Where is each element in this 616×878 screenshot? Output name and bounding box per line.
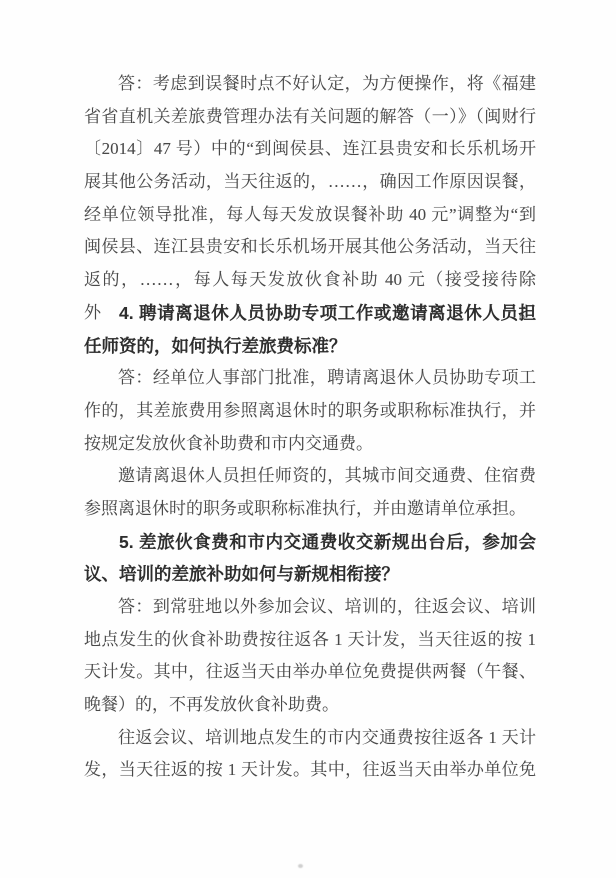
answer-line: 作的，其差旅费用参照离退休时的职务或职称标准执行，并 bbox=[84, 395, 536, 428]
answer-line: 参照离退休时的职务或职称标准执行，并由邀请单位承担。 bbox=[84, 493, 536, 526]
answer-line: 返的，……，每人每天发放伙食补助 40 元（接受接待除外）”。 bbox=[84, 264, 536, 297]
question-line: 4. 聘请离退休人员协助专项工作或邀请离退休人员担 bbox=[84, 297, 536, 330]
document-page: 答：考虑到误餐时点不好认定，为方便操作，将《福建省省直机关差旅费管理办法有关问题… bbox=[0, 0, 616, 878]
question-line: 5. 差旅伙食费和市内交通费收交新规出台后，参加会 bbox=[84, 526, 536, 559]
question-line: 议、培训的差旅补助如何与新规相衔接？ bbox=[84, 558, 536, 591]
answer-line: 闽侯县、连江县贵安和长乐机场开展其他公务活动，当天往 bbox=[84, 231, 536, 264]
answer-line: 地点发生的伙食补助费按往返各 1 天计发，当天往返的按 1 bbox=[84, 624, 536, 657]
answer-line: 邀请离退休人员担任师资的，其城市间交通费、住宿费 bbox=[84, 460, 536, 493]
scan-artifact-dot bbox=[298, 864, 303, 868]
answer-line: 晚餐）的，不再发放伙食补助费。 bbox=[84, 689, 536, 722]
answer-line: 往返会议、培训地点发生的市内交通费按往返各 1 天计 bbox=[84, 722, 536, 755]
answer-line: 天计发。其中，往返当天由举办单位免费提供两餐（午餐、 bbox=[84, 656, 536, 689]
document-body: 答：考虑到误餐时点不好认定，为方便操作，将《福建省省直机关差旅费管理办法有关问题… bbox=[84, 68, 536, 787]
question-line: 任师资的，如何执行差旅费标准？ bbox=[84, 330, 536, 363]
answer-line: 经单位领导批准，每人每天发放误餐补助 40 元”调整为“到 bbox=[84, 199, 536, 232]
answer-line: 展其他公务活动，当天往返的，……，确因工作原因误餐， bbox=[84, 166, 536, 199]
answer-line: 答：到常驻地以外参加会议、培训的，往返会议、培训 bbox=[84, 591, 536, 624]
answer-line: 答：经单位人事部门批准，聘请离退休人员协助专项工 bbox=[84, 362, 536, 395]
answer-line: 发，当天往返的按 1 天计发。其中，往返当天由举办单位免 bbox=[84, 754, 536, 787]
answer-line: 答：考虑到误餐时点不好认定，为方便操作，将《福建 bbox=[84, 68, 536, 101]
answer-line: 按规定发放伙食补助费和市内交通费。 bbox=[84, 428, 536, 461]
answer-line: 〔2014〕47 号）中的“到闽侯县、连江县贵安和长乐机场开 bbox=[84, 133, 536, 166]
answer-line: 省省直机关差旅费管理办法有关问题的解答（一）》（闽财行 bbox=[84, 101, 536, 134]
